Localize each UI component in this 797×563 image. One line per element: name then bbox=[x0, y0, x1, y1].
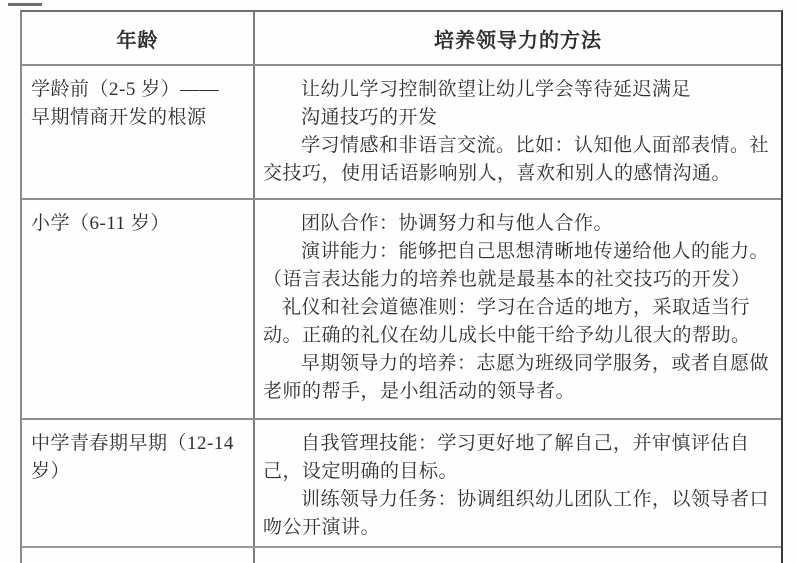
text-line: 己，设定明确的目标。 bbox=[263, 458, 773, 486]
method-column-header-label: 培养领导力的方法 bbox=[434, 24, 602, 53]
text-line: 训练领导力任务：协调组织幼儿团队工作，以领导者口 bbox=[263, 486, 773, 514]
text-line: （语言表达能力的培养也就是最基本的社交技巧的开发） bbox=[263, 266, 773, 294]
table-row-middle-school: 中学青春期早期（12-14 岁） 自我管理技能：学习更好地了解自己，并审慎评估自… bbox=[22, 418, 781, 546]
age-cell bbox=[22, 548, 255, 563]
text-line: 动。正确的礼仪在幼儿成长中能干给予幼儿很大的帮助。 bbox=[263, 322, 773, 350]
leadership-methods-table: 年龄 培养领导力的方法 学龄前（2-5 岁）—— 早期情商开发的根源 让幼儿学习… bbox=[20, 10, 783, 563]
text-line: 中学青春期早期（12-14 bbox=[31, 430, 247, 458]
text-line: 岁） bbox=[31, 458, 247, 486]
method-cell bbox=[255, 548, 781, 563]
method-column-header: 培养领导力的方法 bbox=[255, 12, 781, 64]
table-row-preschool: 学龄前（2-5 岁）—— 早期情商开发的根源 让幼儿学习控制欲望让幼儿学会等待延… bbox=[22, 64, 781, 198]
text-line: 早期情商开发的根源 bbox=[31, 104, 247, 132]
text-line: 沟通技巧的开发 bbox=[263, 104, 773, 132]
age-column-header-label: 年龄 bbox=[117, 24, 159, 53]
text-line: 团队合作：协调努力和与他人合作。 bbox=[263, 210, 773, 238]
age-cell: 中学青春期早期（12-14 岁） bbox=[22, 420, 255, 546]
text-line: 早期领导力的培养：志愿为班级同学服务，或者自愿做 bbox=[263, 350, 773, 378]
age-cell: 小学（6-11 岁） bbox=[22, 200, 255, 418]
table-row-partial-cutoff bbox=[22, 546, 781, 563]
scan-artifact-line bbox=[8, 3, 42, 6]
text-line: 让幼儿学习控制欲望让幼儿学会等待延迟满足 bbox=[263, 76, 773, 104]
text-line: 小学（6-11 岁） bbox=[31, 210, 247, 238]
text-line: 演讲能力：能够把自己思想清晰地传递给他人的能力。 bbox=[263, 238, 773, 266]
text-line: 自我管理技能：学习更好地了解自己，并审慎评估自 bbox=[263, 430, 773, 458]
table-header-row: 年龄 培养领导力的方法 bbox=[22, 12, 781, 64]
text-line: 吻公开演讲。 bbox=[263, 514, 773, 542]
method-cell: 让幼儿学习控制欲望让幼儿学会等待延迟满足 沟通技巧的开发 学习情感和非语言交流。… bbox=[255, 66, 781, 198]
table-row-elementary: 小学（6-11 岁） 团队合作：协调努力和与他人合作。 演讲能力：能够把自己思想… bbox=[22, 198, 781, 418]
text-line: 交技巧，使用话语影响别人，喜欢和别人的感情沟通。 bbox=[263, 160, 773, 188]
age-column-header: 年龄 bbox=[22, 12, 255, 64]
method-cell: 团队合作：协调努力和与他人合作。 演讲能力：能够把自己思想清晰地传递给他人的能力… bbox=[255, 200, 781, 418]
text-line: 学习情感和非语言交流。比如：认知他人面部表情。社 bbox=[263, 132, 773, 160]
text-line: 礼仪和社会道德准则：学习在合适的地方，采取适当行 bbox=[263, 294, 773, 322]
text-line: 学龄前（2-5 岁）—— bbox=[31, 76, 247, 104]
text-line: 老师的帮手，是小组活动的领导者。 bbox=[263, 378, 773, 406]
age-cell: 学龄前（2-5 岁）—— 早期情商开发的根源 bbox=[22, 66, 255, 198]
method-cell: 自我管理技能：学习更好地了解自己，并审慎评估自 己，设定明确的目标。 训练领导力… bbox=[255, 420, 781, 546]
